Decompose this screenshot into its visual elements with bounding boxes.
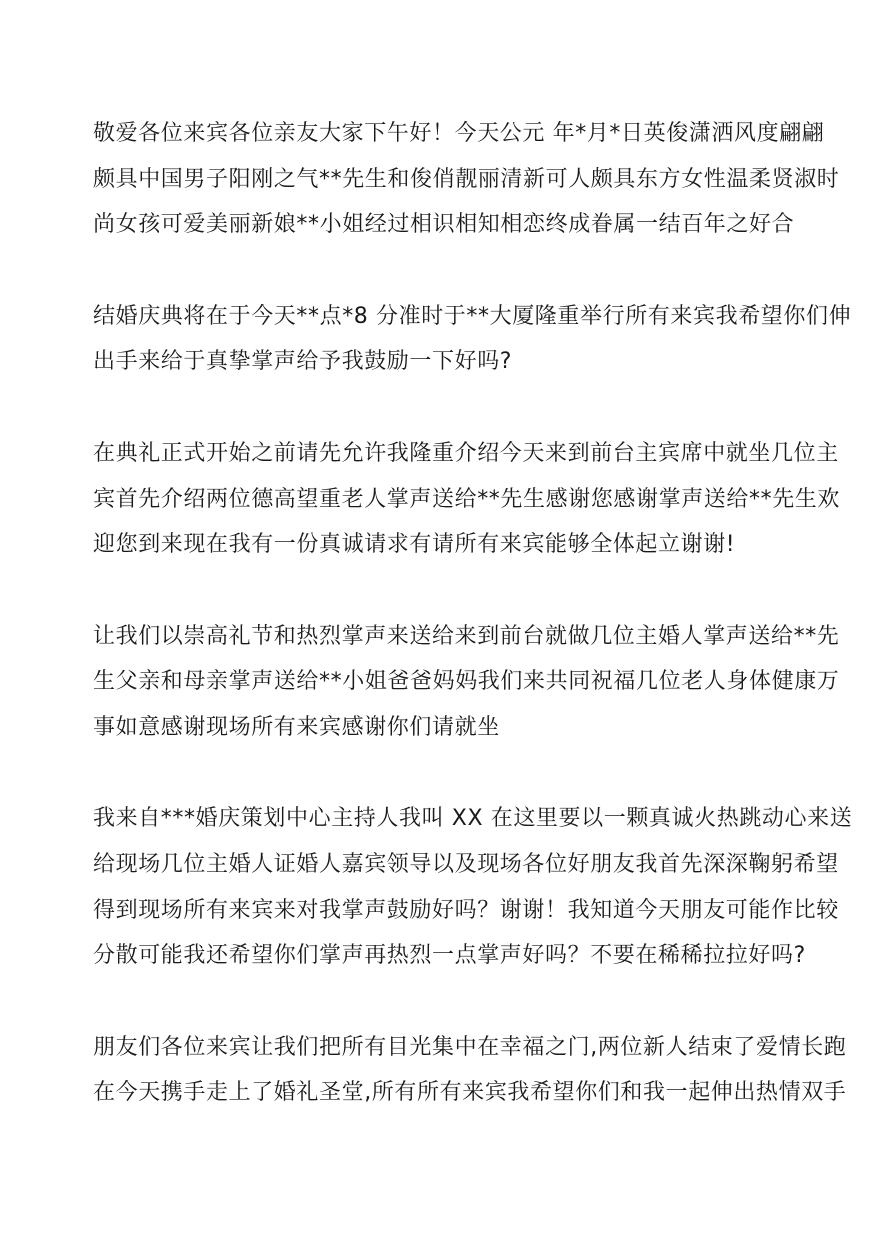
text-line: 给现场几位主婚人证婚人嘉宾领导以及现场各位好朋友我首先深深鞠躬希望 bbox=[93, 842, 793, 888]
paragraph-greeting: 敬爱各位来宾各位亲友大家下午好！今天公元 年*月*日英俊潇洒风度翩翩 颇具中国男… bbox=[93, 111, 793, 248]
text-line: 在今天携手走上了婚礼圣堂,所有所有来宾我希望你们和我一起伸出热情双手 bbox=[93, 1070, 793, 1116]
document-page: 敬爱各位来宾各位亲友大家下午好！今天公元 年*月*日英俊潇洒风度翩翩 颇具中国男… bbox=[0, 0, 884, 1250]
paragraph-host-introduction: 我来自***婚庆策划中心主持人我叫 XX 在这里要以一颗真诚火热跳动心来送 给现… bbox=[93, 796, 793, 979]
text-line: 事如意感谢现场所有来宾感谢你们请就坐 bbox=[93, 705, 793, 751]
text-line: 得到现场所有来宾来对我掌声鼓励好吗？谢谢！我知道今天朋友可能作比较 bbox=[93, 888, 793, 934]
text-line: 迎您到来现在我有一份真诚请求有请所有来宾能够全体起立谢谢! bbox=[93, 522, 793, 568]
text-line: 颇具中国男子阳刚之气**先生和俊俏靓丽清新可人颇具东方女性温柔贤淑时 bbox=[93, 157, 793, 203]
text-line: 尚女孩可爱美丽新娘**小姐经过相识相知相恋终成眷属一结百年之好合 bbox=[93, 202, 793, 248]
text-line: 在典礼正式开始之前请先允许我隆重介绍今天来到前台主宾席中就坐几位主 bbox=[93, 431, 793, 477]
paragraph-ceremony-announcement: 结婚庆典将在于今天**点*8 分准时于**大厦隆重举行所有来宾我希望你们伸 出手… bbox=[93, 294, 793, 385]
text-line: 出手来给于真挚掌声给予我鼓励一下好吗? bbox=[93, 339, 793, 385]
text-line: 分散可能我还希望你们掌声再热烈一点掌声好吗？不要在稀稀拉拉好吗? bbox=[93, 933, 793, 979]
text-line: 我来自***婚庆策划中心主持人我叫 XX 在这里要以一颗真诚火热跳动心来送 bbox=[93, 796, 793, 842]
text-line: 宾首先介绍两位德高望重老人掌声送给**先生感谢您感谢掌声送给**先生欢 bbox=[93, 477, 793, 523]
paragraph-guest-introduction: 在典礼正式开始之前请先允许我隆重介绍今天来到前台主宾席中就坐几位主 宾首先介绍两… bbox=[93, 431, 793, 568]
text-line: 朋友们各位来宾让我们把所有目光集中在幸福之门,两位新人结束了爱情长跑 bbox=[93, 1025, 793, 1071]
text-line: 结婚庆典将在于今天**点*8 分准时于**大厦隆重举行所有来宾我希望你们伸 bbox=[93, 294, 793, 340]
text-line: 生父亲和母亲掌声送给**小姐爸爸妈妈我们来共同祝福几位老人身体健康万 bbox=[93, 659, 793, 705]
document-body: 敬爱各位来宾各位亲友大家下午好！今天公元 年*月*日英俊潇洒风度翩翩 颇具中国男… bbox=[93, 111, 793, 1162]
text-line: 让我们以崇高礼节和热烈掌声来送给来到前台就做几位主婚人掌声送给**先 bbox=[93, 614, 793, 660]
paragraph-happiness-gate: 朋友们各位来宾让我们把所有目光集中在幸福之门,两位新人结束了爱情长跑 在今天携手… bbox=[93, 1025, 793, 1116]
paragraph-parents-welcome: 让我们以崇高礼节和热烈掌声来送给来到前台就做几位主婚人掌声送给**先 生父亲和母… bbox=[93, 614, 793, 751]
text-line: 敬爱各位来宾各位亲友大家下午好！今天公元 年*月*日英俊潇洒风度翩翩 bbox=[93, 111, 793, 157]
